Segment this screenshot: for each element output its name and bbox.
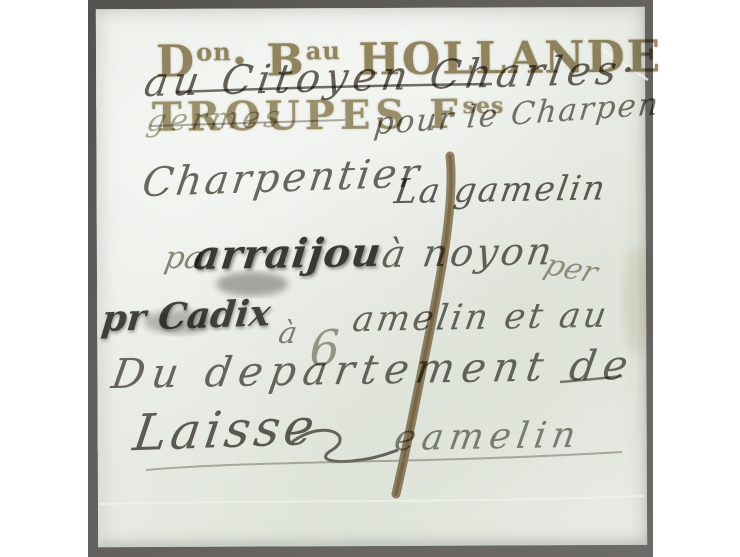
handwriting-eamelin: eamelin (391, 415, 584, 459)
handwriting-pr-cadix: pr Cadix (100, 292, 273, 340)
handwriting-laisse: Laisse (130, 398, 322, 463)
handwriting-arraijou: arraijou (191, 229, 384, 279)
letter-photo-scene: Don· Bau HOLLANDE TROUPESFses au Citoyen… (0, 0, 740, 557)
handwriting-germes: germes (144, 99, 287, 139)
handwriting-amelin-et-au: amelin et au (350, 296, 612, 341)
handwriting-departement: Du departement de (108, 341, 638, 398)
handwriting-a-noyon: à noyon (379, 229, 558, 276)
handwriting-gamelin: La gamelin (392, 168, 610, 212)
